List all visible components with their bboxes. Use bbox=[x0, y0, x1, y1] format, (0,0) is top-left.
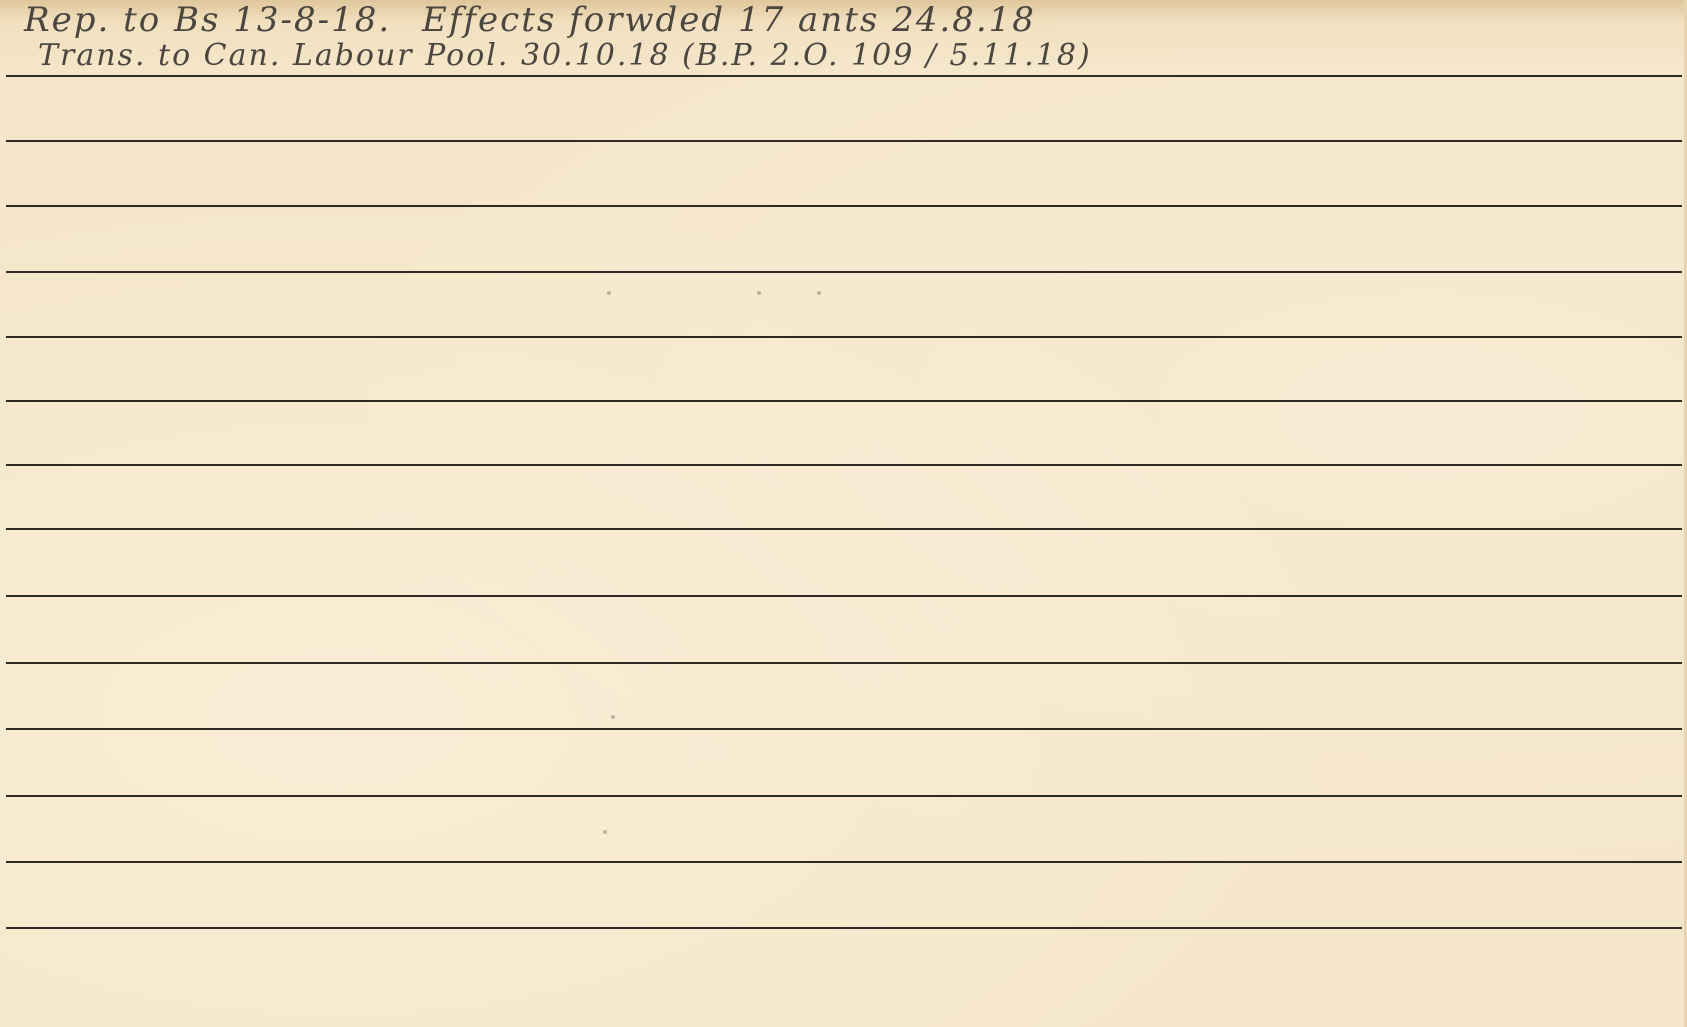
ruled-line bbox=[6, 595, 1682, 597]
handwritten-entry-line-1: Rep. to Bs 13-8-18. Effects forwded 17 a… bbox=[24, 0, 1036, 40]
entry-transfer-text: Trans. to Can. Labour Pool. 30.10.18 (B.… bbox=[38, 38, 1092, 73]
ruled-line bbox=[6, 464, 1682, 466]
ruled-line bbox=[6, 728, 1682, 730]
ruled-line bbox=[6, 861, 1682, 863]
entry-reported-text: Rep. to Bs 13-8-18. bbox=[24, 0, 391, 40]
ruled-line bbox=[6, 528, 1682, 530]
ruled-line bbox=[6, 662, 1682, 664]
record-card: Rep. to Bs 13-8-18. Effects forwded 17 a… bbox=[0, 0, 1687, 1027]
ruled-line bbox=[6, 795, 1682, 797]
ruled-line bbox=[6, 336, 1682, 338]
ruled-line bbox=[6, 205, 1682, 207]
ruled-line bbox=[6, 140, 1682, 142]
ruled-line bbox=[6, 75, 1682, 77]
ruled-line bbox=[6, 400, 1682, 402]
paper-speck bbox=[817, 291, 821, 295]
paper-speck bbox=[757, 291, 761, 295]
ruled-line bbox=[6, 927, 1682, 929]
paper-speck bbox=[611, 715, 615, 719]
paper-speck bbox=[603, 830, 607, 834]
paper-speck bbox=[607, 291, 611, 295]
handwritten-entry-line-2: Trans. to Can. Labour Pool. 30.10.18 (B.… bbox=[38, 38, 1092, 73]
entry-effects-pencil-text: Effects forwded 17 ants 24.8.18 bbox=[422, 0, 1036, 40]
ruled-line bbox=[6, 271, 1682, 273]
